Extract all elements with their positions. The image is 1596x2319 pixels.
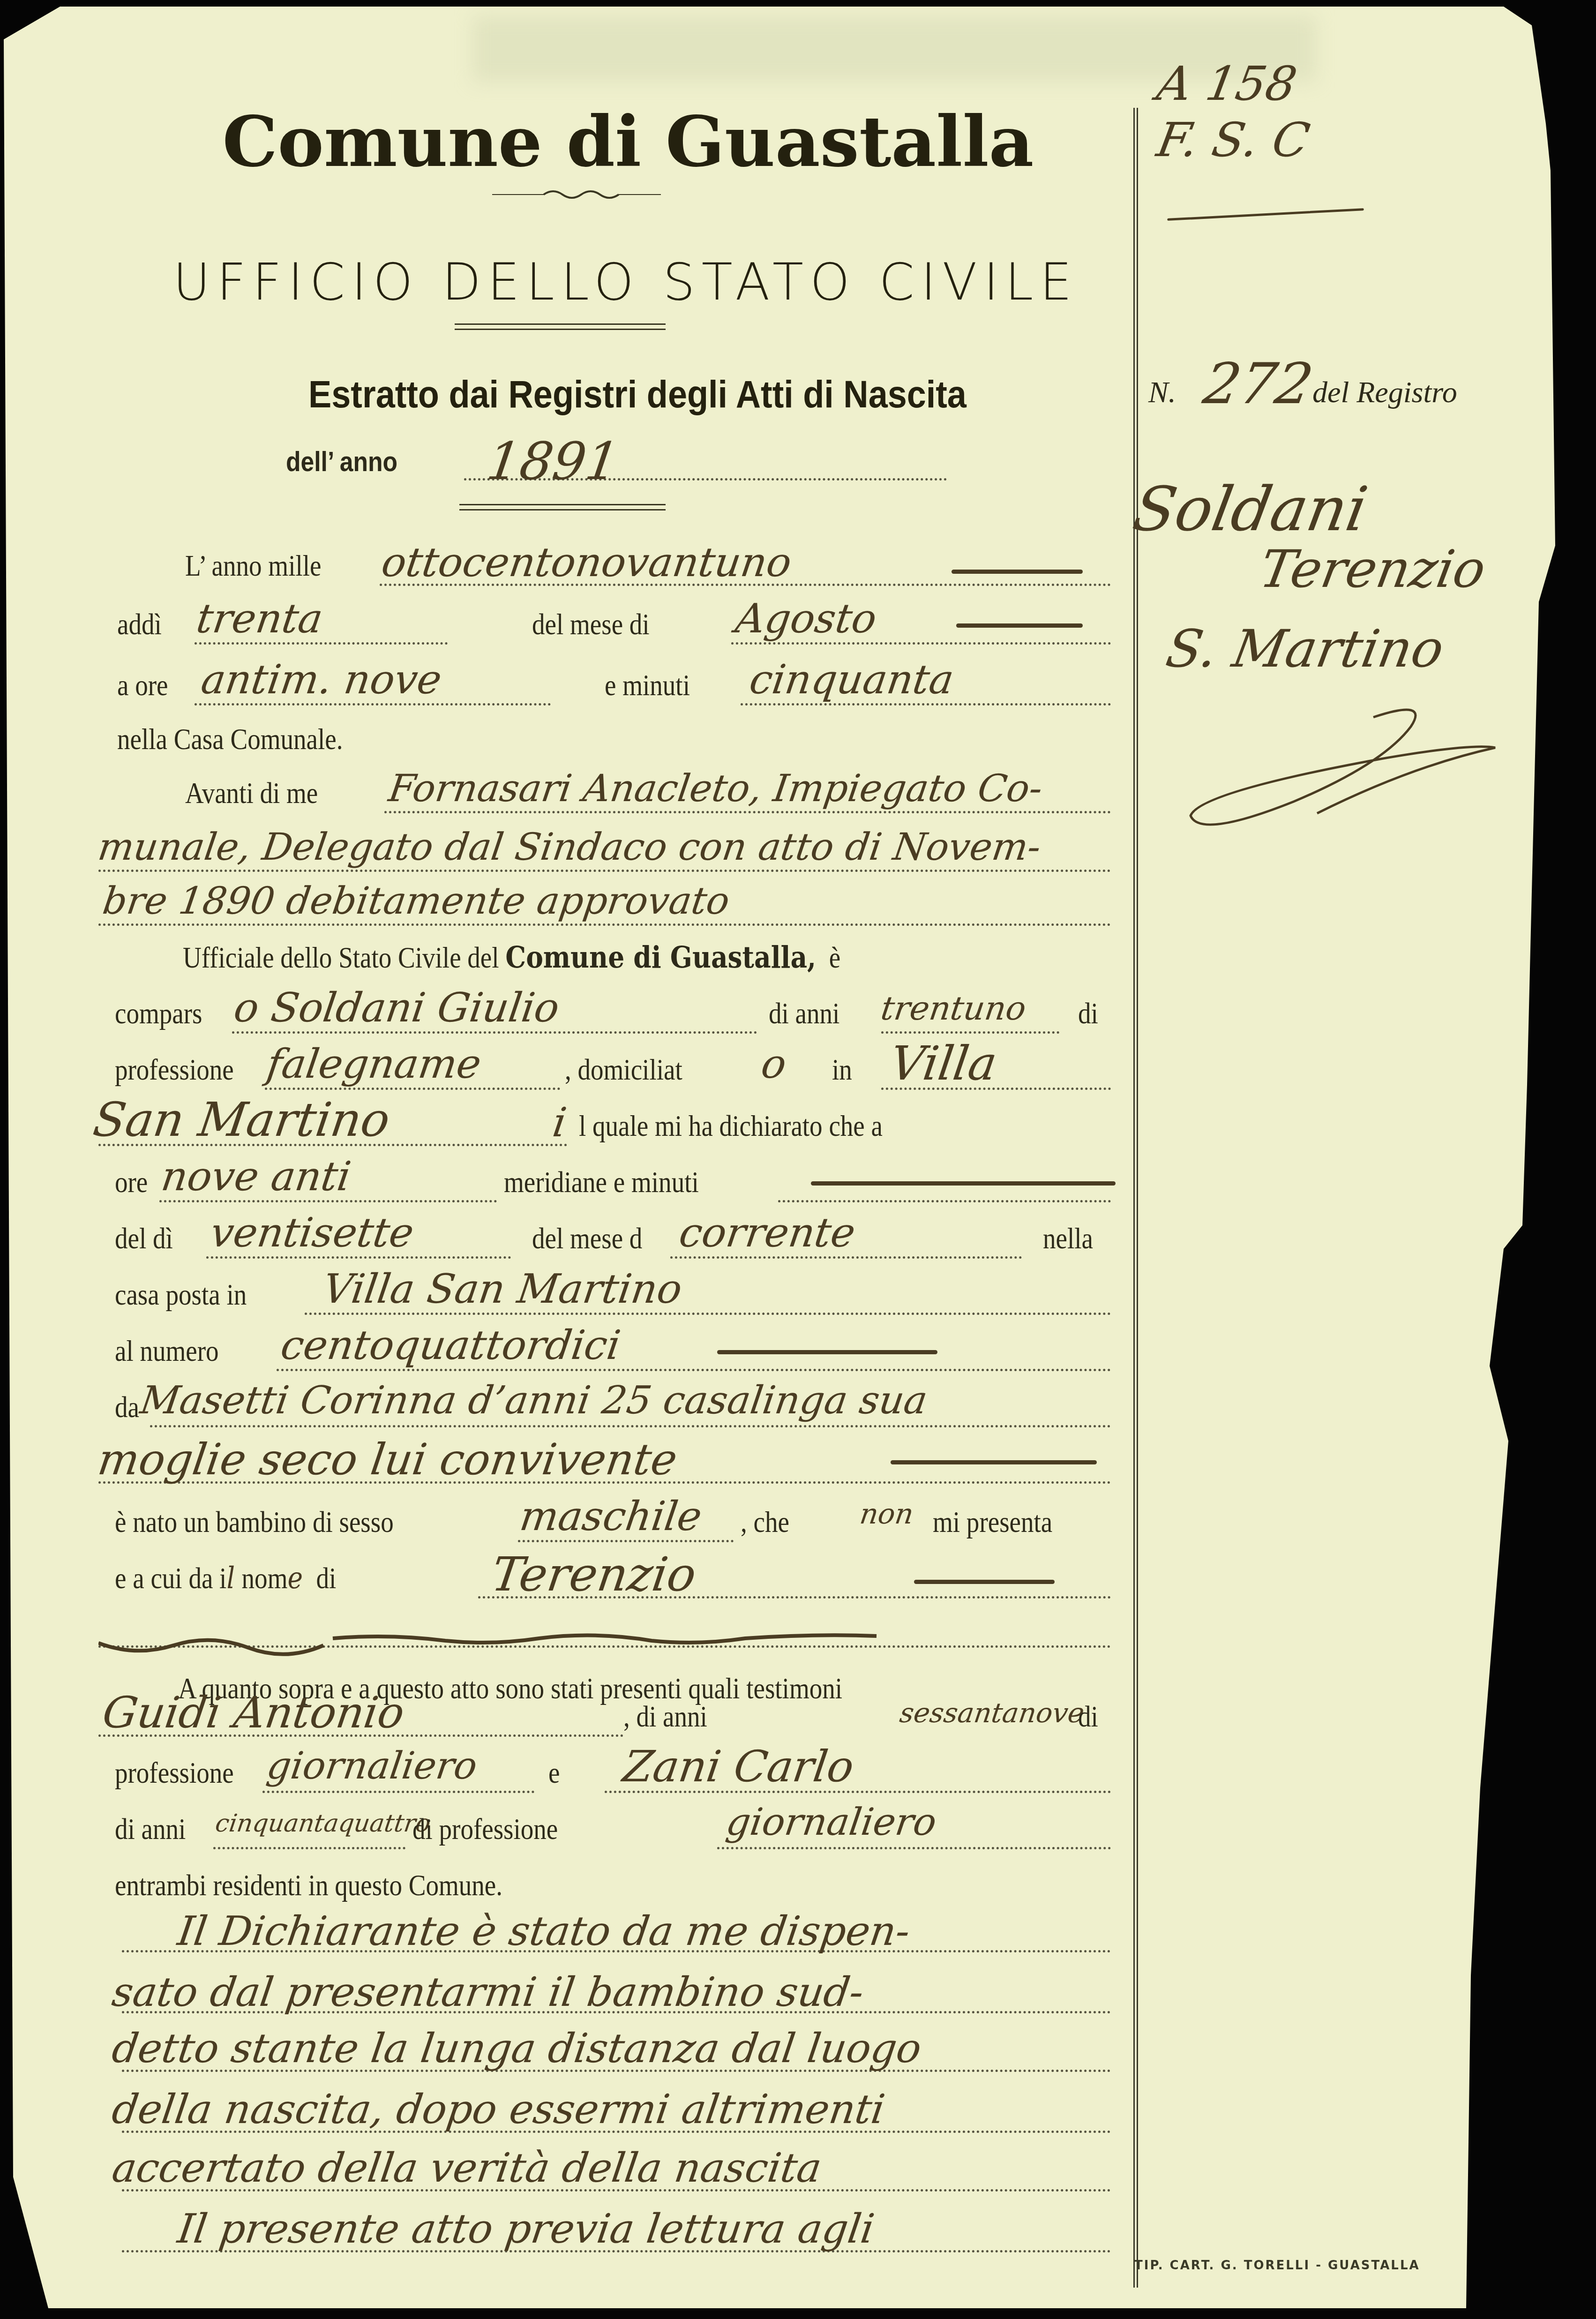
label-professione-t2: di professione: [412, 1812, 558, 1846]
field-line: [159, 1200, 497, 1202]
label-casa-posta: casa posta in: [115, 1277, 247, 1312]
value-sesso: maschile: [517, 1493, 704, 1540]
archive-ref-1: A 158: [1153, 56, 1301, 111]
annotation-line-2: sato dal presentarmi il bambino sud-: [109, 1969, 867, 2016]
double-rule: [455, 323, 666, 330]
fill-dash: [811, 1181, 1116, 1186]
value-eta-t2: cinquantaquattro: [214, 1809, 433, 1838]
field-line: [195, 703, 551, 705]
label-in: in: [832, 1052, 852, 1087]
label-minuti: e minuti: [605, 668, 690, 703]
label-ufficiale-text: Ufficiale dello Stato Civile del: [183, 941, 499, 974]
label-residenti: entrambi residenti in questo Comune.: [115, 1868, 502, 1903]
double-rule-2: [459, 504, 666, 510]
field-line: [265, 1088, 560, 1090]
office-heading: UFFICIO DELLO STATO CIVILE: [127, 253, 1125, 312]
value-eta-t1: sessantanove: [898, 1697, 1086, 1729]
fill-dash: [914, 1580, 1055, 1584]
value-minuti: cinquanta: [747, 656, 957, 703]
field-line: [262, 1791, 534, 1793]
fill-dash: [952, 570, 1083, 574]
value-casa-posta: Villa San Martino: [320, 1266, 685, 1313]
field-line: [670, 1256, 1022, 1259]
label-meridiane: meridiane e minuti: [504, 1165, 699, 1200]
label-nella: nella: [1043, 1221, 1093, 1256]
field-line: [731, 642, 1111, 645]
field-line: [741, 703, 1111, 705]
label-professione: professione: [115, 1052, 234, 1087]
label-nome: e a cui da il nome di: [115, 1561, 336, 1596]
margin-given-name: Terenzio: [1256, 539, 1490, 599]
value-nome-bambino: Terenzio: [488, 1547, 700, 1602]
label-del-di: del dì: [115, 1221, 173, 1256]
fill-dash: [891, 1460, 1097, 1464]
annotation-line-1: Il Dichiarante è stato da me dispen-: [175, 1908, 913, 1955]
value-madre: Masetti Corinna d’anni 25 casalinga sua: [137, 1378, 930, 1423]
printer-mark: TIP. CART. G. TORELLI - GUASTALLA: [1134, 2259, 1420, 2273]
label-e: è: [829, 941, 840, 974]
fill-dash: [717, 1350, 937, 1354]
field-line: [881, 1031, 1059, 1034]
signature-flourish-icon: [1162, 689, 1519, 830]
value-testimone-2: Zani Carlo: [620, 1741, 857, 1792]
value-professione-t2: giornaliero: [723, 1800, 939, 1844]
field-line: [717, 1847, 1111, 1849]
label-anni-t1: , di anni: [623, 1699, 707, 1734]
field-line: [277, 1369, 1111, 1371]
label-anno-mille: L’ anno mille: [185, 548, 321, 583]
label-di-nome: di: [316, 1561, 336, 1595]
label-di-t1: di: [1078, 1699, 1098, 1734]
value-ufficiale-3: bre 1890 debitamente approvato: [100, 879, 732, 923]
value-madre-2: moglie seco lui convivente: [95, 1434, 680, 1485]
value-ufficiale-1: Fornasari Anacleto, Impiegato Co-: [386, 766, 1045, 810]
value-l: l: [226, 1561, 235, 1596]
wavy-fill-line-icon: [98, 1629, 1111, 1657]
value-ore: antim. nove: [198, 656, 445, 703]
ornament-divider-icon: [492, 188, 661, 202]
label-cui-da: e a cui da i: [115, 1561, 226, 1595]
label-comune-bold: Comune di Guastalla,: [505, 940, 816, 975]
label-presenta: mi presenta: [933, 1505, 1052, 1539]
field-line: [98, 870, 1111, 872]
margin-place: S. Martino: [1162, 619, 1448, 679]
extract-heading: Estratto dai Registri degli Atti di Nasc…: [195, 373, 1080, 417]
value-professione-t1: giornaliero: [264, 1744, 480, 1787]
field-line: [778, 1200, 1111, 1202]
field-line: [384, 811, 1111, 813]
field-line: [518, 1540, 734, 1542]
registro-number: 272: [1199, 352, 1318, 417]
value-giorno: trenta: [194, 595, 326, 642]
value-giorno-nascita: ventisette: [208, 1209, 417, 1256]
annotation-line-6: Il presente atto previa lettura agli: [175, 2206, 877, 2252]
label-dichiarato: l quale mi ha dichiarato che a: [579, 1109, 883, 1143]
value-domicilio: Villa: [887, 1036, 1000, 1091]
value-anno: ottocentonovantuno: [379, 539, 794, 586]
value-eta-dichiarante: trentuno: [878, 989, 1028, 1028]
label-compars: compars: [115, 996, 202, 1031]
value-mese-nascita: corrente: [676, 1209, 858, 1256]
label-ufficiale: Ufficiale dello Stato Civile del Comune …: [183, 940, 840, 975]
label-di: di: [1078, 996, 1098, 1031]
label-nato: è nato un bambino di sesso: [115, 1505, 394, 1539]
label-nom: nom: [242, 1561, 288, 1595]
value-professione: falegname: [264, 1041, 484, 1088]
year-value: 1891: [483, 431, 623, 491]
margin-surname: Soldani: [1128, 473, 1373, 545]
value-dichiarante: o Soldani Giulio: [231, 984, 562, 1031]
archive-ref-2: F. S. C: [1153, 113, 1314, 167]
value-e: e: [287, 1561, 303, 1596]
label-mese: del mese di: [532, 607, 650, 642]
label-casa-comunale: nella Casa Comunale.: [117, 722, 343, 757]
field-line: [305, 1313, 1111, 1315]
label-addi: addì: [117, 607, 162, 642]
value-testimone-1: Guidi Antonio: [99, 1688, 407, 1738]
label-e-t2: e: [548, 1756, 560, 1790]
fill-dash: [956, 623, 1083, 628]
label-mese-nascita: del mese d: [532, 1221, 642, 1256]
label-che: , che: [741, 1505, 789, 1539]
field-line: [232, 1031, 757, 1034]
field-line: [213, 1847, 405, 1849]
label-numero: al numero: [115, 1334, 219, 1368]
value-ore-nascita: nove anti: [158, 1153, 354, 1200]
field-line: [98, 923, 1111, 926]
value-numero: centoquattordici: [278, 1322, 623, 1369]
value-ufficiale-2: munale, Delegato dal Sindaco con atto di…: [95, 825, 1043, 869]
label-ore-nascita: ore: [115, 1165, 148, 1200]
year-label: dell’ anno: [286, 445, 397, 478]
annotation-line-5: accertato della verità della nascita: [109, 2145, 824, 2191]
margin-divider: [1133, 108, 1138, 2288]
label-ore: a ore: [117, 668, 168, 703]
label-anni-t2: di anni: [115, 1812, 186, 1846]
label-professione-t1: professione: [115, 1756, 234, 1790]
label-avanti: Avanti di me: [185, 776, 318, 811]
annotation-line-3: detto stante la lunga distanza dal luogo: [109, 2025, 924, 2072]
label-da: da: [115, 1390, 139, 1425]
value-mese: Agosto: [733, 595, 879, 642]
label-di-anni: di anni: [769, 996, 839, 1031]
annotation-line-4: della nascita, dopo essermi altrimenti: [109, 2086, 888, 2133]
value-non: non: [858, 1498, 915, 1531]
field-line: [150, 1425, 1111, 1427]
comune-title: Comune di Guastalla: [206, 101, 1050, 182]
registro-n-label: N.: [1148, 375, 1176, 410]
field-line: [195, 642, 448, 645]
value-domicilio-2: San Martino: [90, 1092, 393, 1147]
registro-label: del Registro: [1312, 375, 1457, 410]
field-line: [206, 1256, 511, 1259]
label-domiciliato: , domiciliat: [565, 1052, 682, 1087]
